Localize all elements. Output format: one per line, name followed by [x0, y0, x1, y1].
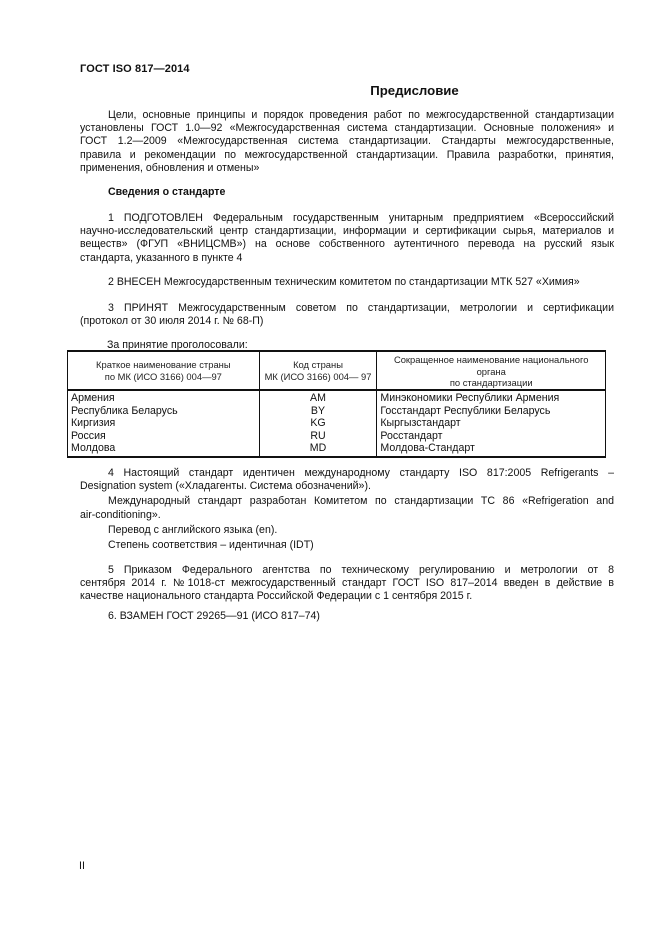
text-line: ГОСТ 1.2—2009 «Межгосударственная систем… [80, 135, 614, 148]
item-6-replaces: 6. ВЗАМЕН ГОСТ 29265—91 (ИСО 817–74) [80, 610, 614, 623]
table-row: Молдова MD Молдова-Стандарт [68, 442, 606, 457]
text-line: (протокол от 30 июля 2014 г. № 68-П) [80, 315, 614, 328]
cell-country: Киргизия [68, 417, 260, 430]
conformity-note: Степень соответствия – идентичная (IDT) [80, 539, 614, 552]
item-4-identity: 4 Настоящий стандарт идентичен междунаро… [80, 467, 614, 552]
text-line: 1 ПОДГОТОВЛЕН Федеральным государственны… [80, 212, 614, 225]
cell-country: Молдова [68, 442, 260, 457]
text-line: качестве национального стандарта Российс… [80, 590, 614, 603]
document-page: ГОСТ ISO 817—2014 Предисловие Цели, осно… [0, 0, 661, 936]
text-line: 4 Настоящий стандарт идентичен междунаро… [80, 467, 614, 480]
page-title: Предисловие [0, 83, 661, 98]
text-line: стандарта, указанного в пункте 4 [80, 252, 614, 265]
item-2-introduced: 2 ВНЕСЕН Межгосударственным техническим … [80, 276, 614, 289]
cell-code: BY [259, 405, 377, 418]
text-line: сентября 2014 г. №1018-ст межгосударстве… [80, 577, 614, 590]
column-header-national-body: Сокращенное наименование национального о… [377, 351, 606, 390]
text-line: научно-исследовательский центр стандарти… [80, 225, 614, 238]
text-line: 6. ВЗАМЕН ГОСТ 29265—91 (ИСО 817–74) [80, 610, 614, 623]
text-line: air-conditioning». [80, 509, 614, 522]
text-line: правила и рекомендации по межгосударстве… [80, 149, 614, 162]
cell-code: KG [259, 417, 377, 430]
table-row: Россия RU Росстандарт [68, 430, 606, 443]
document-code: ГОСТ ISO 817—2014 [80, 63, 190, 75]
intro-paragraph: Цели, основные принципы и порядок провед… [80, 109, 614, 175]
column-header-code: Код страны МК (ИСО 3166) 004— 97 [259, 351, 377, 390]
text-line: 3 ПРИНЯТ Межгосударственным советом по с… [80, 302, 614, 315]
table-header-row: Краткое наименование страны по МК (ИСО 3… [68, 351, 606, 390]
item-3-adopted: 3 ПРИНЯТ Межгосударственным советом по с… [80, 302, 614, 328]
cell-code: RU [259, 430, 377, 443]
cell-national-body: Молдова-Стандарт [377, 442, 606, 457]
text-line: установлены ГОСТ 1.0—92 «Межгосударствен… [80, 122, 614, 135]
cell-national-body: Росстандарт [377, 430, 606, 443]
cell-country: Россия [68, 430, 260, 443]
table-row: Киргизия KG Кыргызстандарт [68, 417, 606, 430]
cell-national-body: Кыргызстандарт [377, 417, 606, 430]
section-heading: Сведения о стандарте [108, 186, 225, 198]
text-line: 2 ВНЕСЕН Межгосударственным техническим … [80, 276, 614, 289]
table-row: Республика Беларусь BY Госстандарт Респу… [68, 405, 606, 418]
cell-national-body: Минэкономики Республики Армения [377, 390, 606, 405]
table-row: Армения AM Минэкономики Республики Армен… [68, 390, 606, 405]
cell-code: MD [259, 442, 377, 457]
cell-national-body: Госстандарт Республики Беларусь [377, 405, 606, 418]
cell-country: Армения [68, 390, 260, 405]
text-line: Международный стандарт разработан Комите… [80, 495, 614, 508]
cell-country: Республика Беларусь [68, 405, 260, 418]
text-line: Designation system («Хладагенты. Система… [80, 480, 614, 493]
text-line: веществ» (ФГУП «ВНИЦСМВ») на основе собс… [80, 238, 614, 251]
votes-table: Краткое наименование страны по МК (ИСО 3… [67, 350, 606, 458]
text-line: 5 Приказом Федерального агентства по тех… [80, 564, 614, 577]
column-header-country: Краткое наименование страны по МК (ИСО 3… [68, 351, 260, 390]
item-1-prepared: 1 ПОДГОТОВЛЕН Федеральным государственны… [80, 212, 614, 265]
translation-note: Перевод с английского языка (en). [80, 524, 614, 537]
text-line: применения, обновления и отмены» [80, 162, 614, 175]
cell-code: AM [259, 390, 377, 405]
page-number: II [79, 860, 85, 872]
item-5-order: 5 Приказом Федерального агентства по тех… [80, 564, 614, 604]
text-line: Цели, основные принципы и порядок провед… [80, 109, 614, 122]
